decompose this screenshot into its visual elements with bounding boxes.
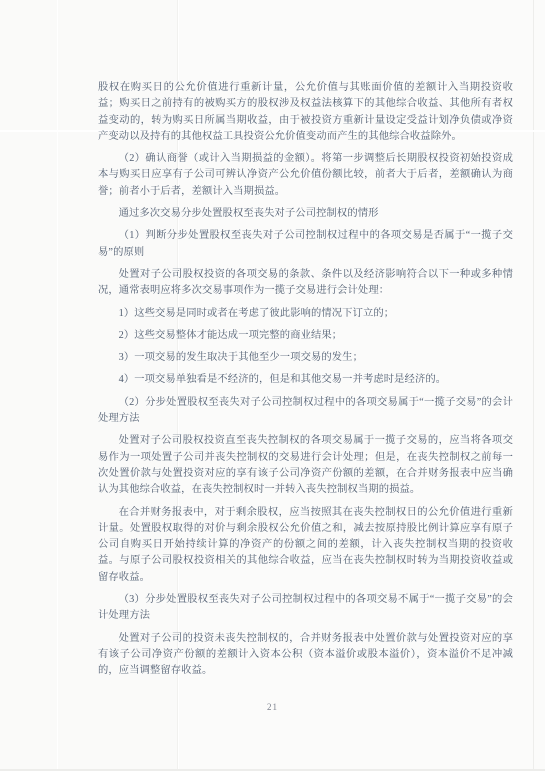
paragraph: （2）分步处置股权至丧失对子公司控制权过程中的各项交易属于“一揽子交易”的会计处…: [98, 395, 513, 428]
paragraph: （2）确认商誉（或计入当期损益的金额）。将第一步调整后长期股权投资初始投资成本与…: [98, 151, 513, 200]
paragraph: （1）判断分步处置股权至丧失对子公司控制权过程中的各项交易是否属于“一揽子交易”…: [98, 228, 513, 261]
scan-seam-vertical: [533, 0, 534, 771]
paragraph: 处置对子公司股权投资直至丧失控制权的各项交易属于一揽子交易的，应当将各项交易作为…: [98, 433, 513, 498]
paragraph: 通过多次交易分步处置股权至丧失对子公司控制权的情形: [98, 206, 513, 222]
paragraph: 在合并财务报表中，对于剩余股权，应当按照其在丧失控制权日的公允价值进行重新计量。…: [98, 505, 513, 586]
paragraph: 股权在购买日的公允价值进行重新计量，公允价值与其账面价值的差额计入当期投资收益；…: [98, 80, 513, 145]
document-page: 股权在购买日的公允价值进行重新计量，公允价值与其账面价值的差额计入当期投资收益；…: [0, 0, 545, 771]
list-item: 3）一项交易的发生取决于其他至少一项交易的发生；: [98, 350, 513, 366]
page-number: 21: [0, 702, 545, 712]
page-text: 股权在购买日的公允价值进行重新计量，公允价值与其账面价值的差额计入当期投资收益；…: [98, 80, 513, 686]
scan-seam-vertical: [57, 0, 58, 771]
list-item: 1）这些交易是同时或者在考虑了彼此影响的情况下订立的；: [98, 306, 513, 322]
paragraph: （3）分步处置股权至丧失对子公司控制权过程中的各项交易不属于“一揽子交易”的会计…: [98, 592, 513, 625]
list-item: 2）这些交易整体才能达成一项完整的商业结果；: [98, 328, 513, 344]
list-item: 4）一项交易单独看是不经济的，但是和其他交易一并考虑时是经济的。: [98, 372, 513, 388]
paragraph: 处置对子公司的投资未丧失控制权的，合并财务报表中处置价款与处置投资对应的享有该子…: [98, 631, 513, 680]
paragraph: 处置对子公司股权投资的各项交易的条款、条件以及经济影响符合以下一种或多种情况，通…: [98, 267, 513, 300]
